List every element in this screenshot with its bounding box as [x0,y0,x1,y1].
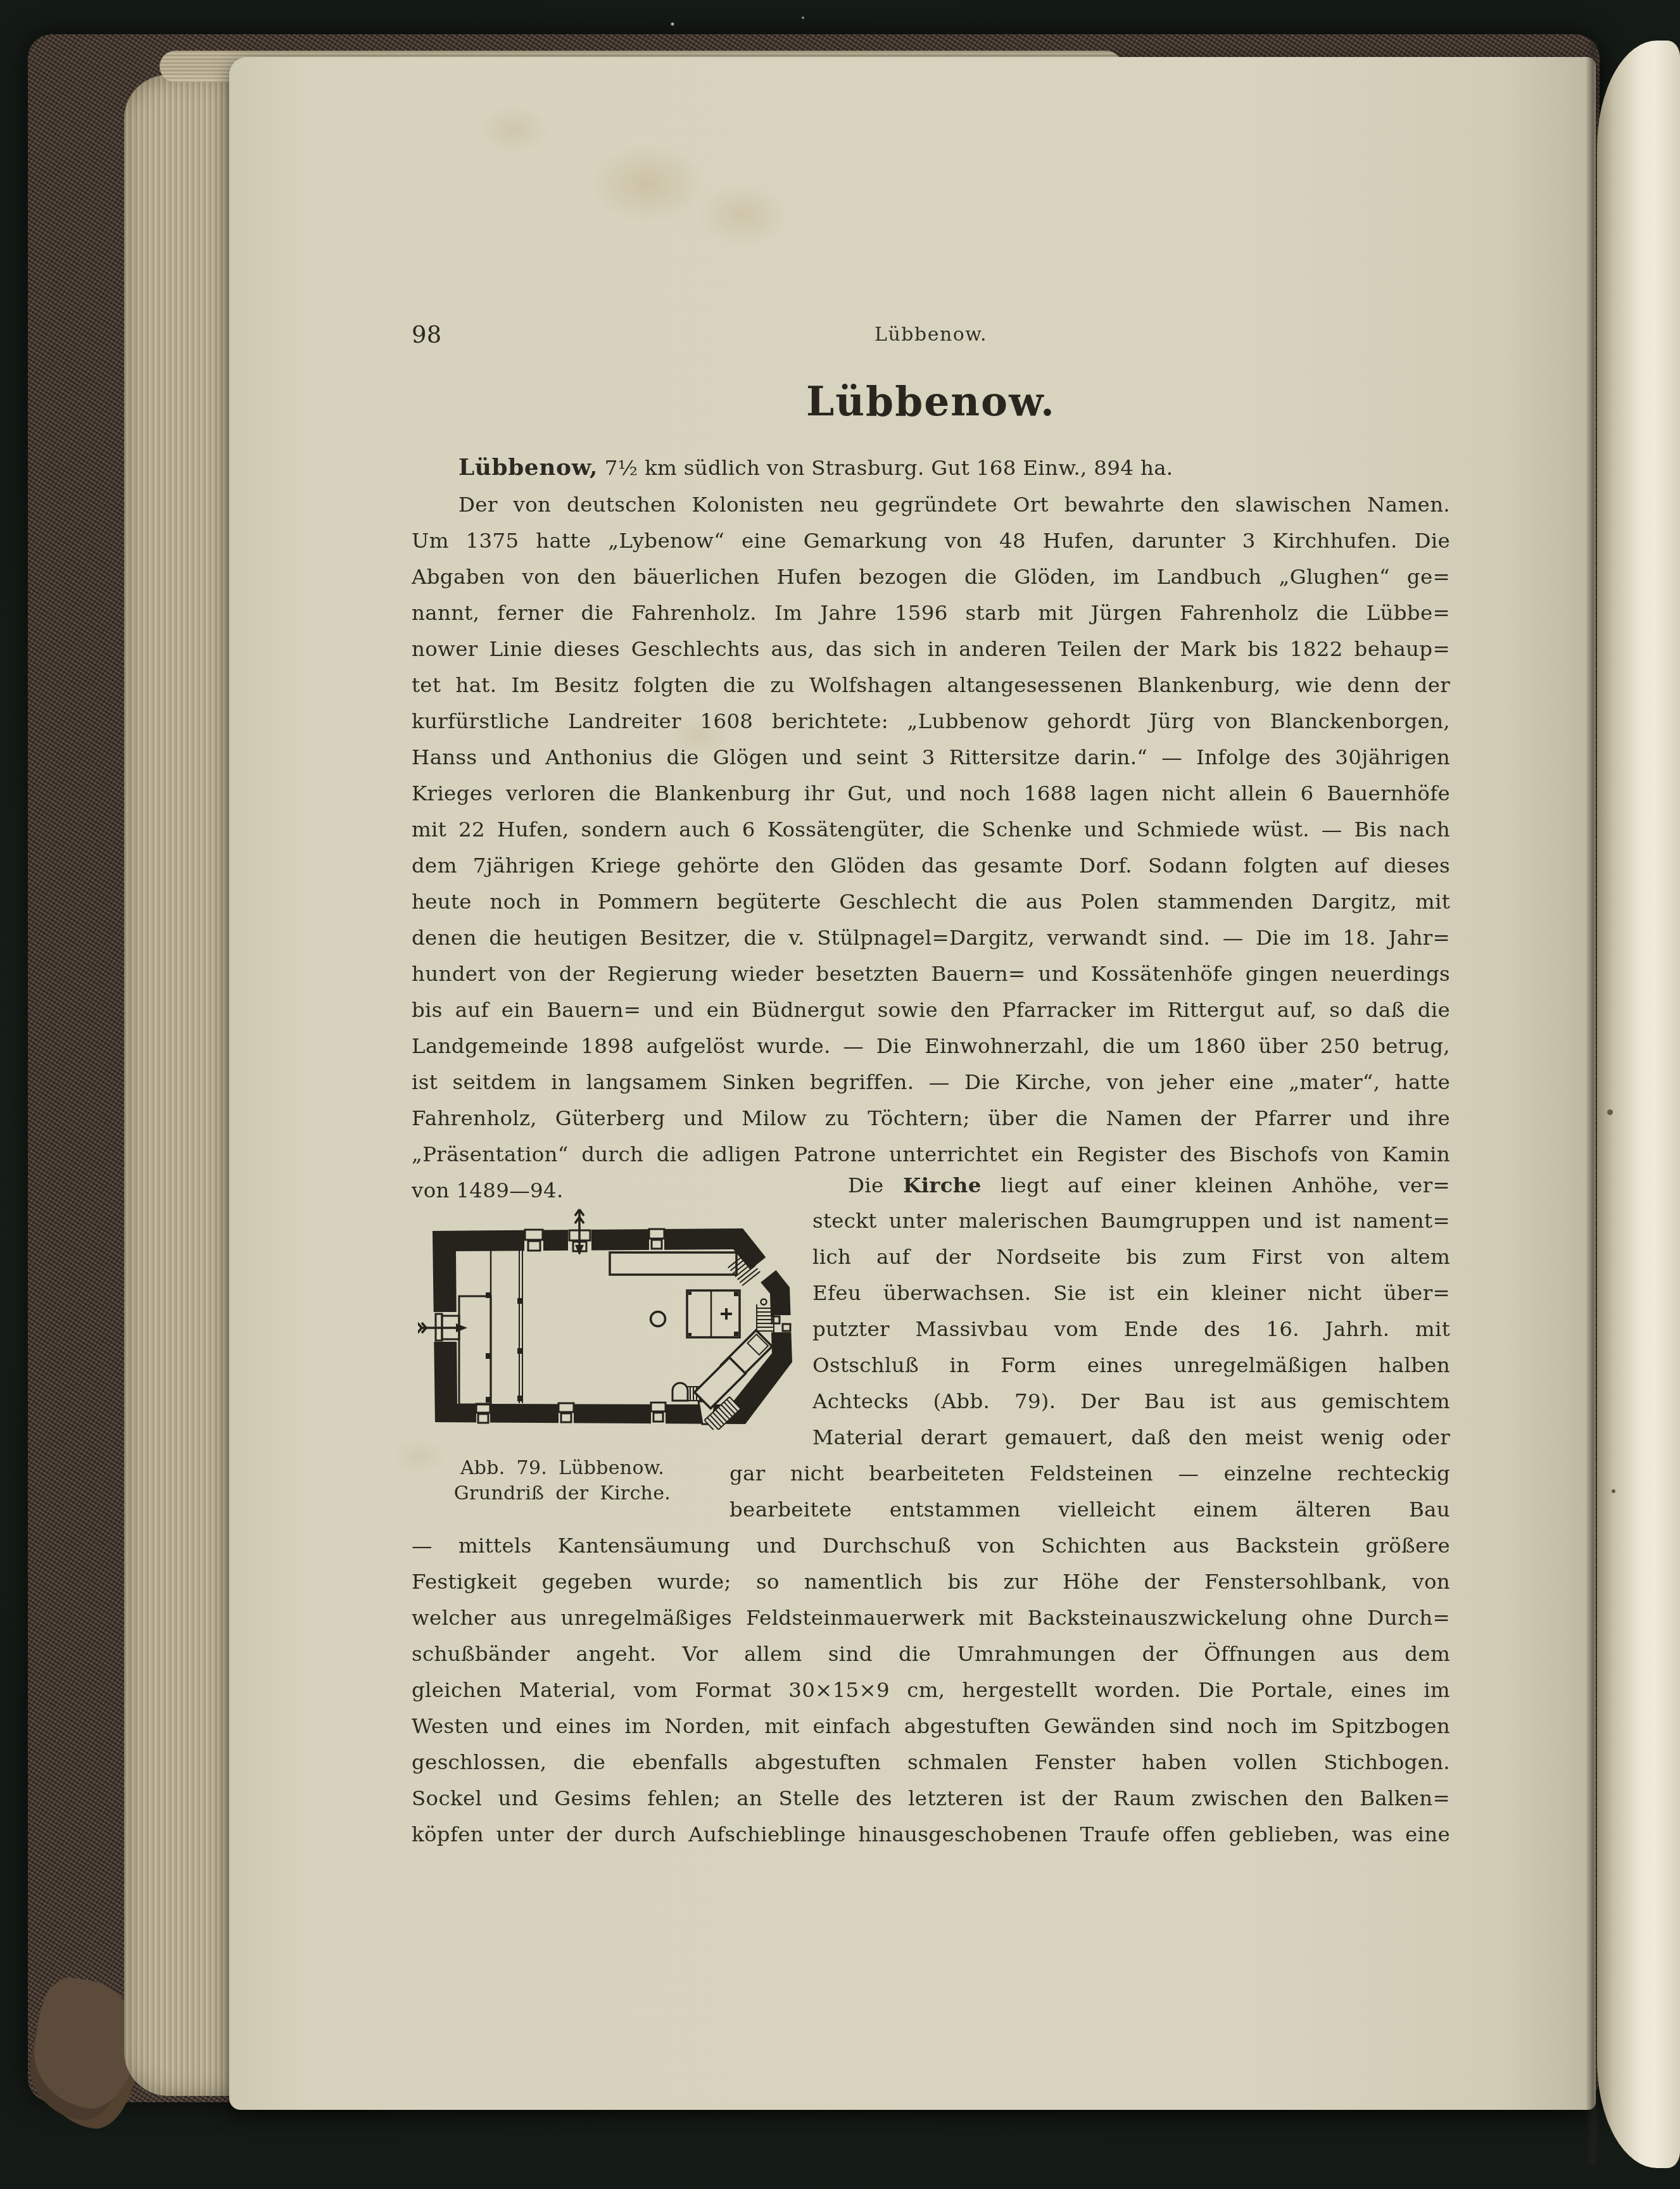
north-gallery [610,1252,736,1275]
text-line: denen die heutigen Besitzer, die v. Stül… [412,920,1450,956]
text-line: nannt, ferner die Fahrenholz. Im Jahre 1… [412,595,1450,631]
text-line: Westen und eines im Norden, mit einfach … [412,1708,1450,1744]
text-line: lich auf der Nordseite bis zum First von… [812,1239,1450,1275]
text-line: köpfen unter der durch Aufschieblinge hi… [412,1817,1450,1853]
text-line: steckt unter malerischen Baumgruppen und… [812,1203,1450,1239]
intro-line: Lübbenow, 7½ km südlich von Strasburg. G… [412,450,1450,486]
running-head: Lübbenow. [412,317,1450,353]
text-line: Material derart gemauert, daß den meist … [812,1420,1450,1456]
church-keyword-bold: Kirche [903,1173,982,1197]
text-line: dem 7jährigen Kriege gehörte den Glöden … [412,848,1450,884]
text-line: Der von deutschen Kolonisten neu gegründ… [412,487,1450,523]
church-paragraph-full-width: — mittels Kantensäumung und Durchschuß v… [412,1528,1450,1853]
text-line: welcher aus unregelmäßiges Feldsteinmaue… [412,1600,1450,1636]
text-line: bis auf ein Bauern= und ein Büdnergut so… [412,992,1450,1028]
facing-page-edge [1597,41,1680,2168]
church-line-rest: liegt auf einer kleinen Anhöhe, ver= [982,1173,1450,1197]
church-paragraph-column: Die Kirche liegt auf einer kleinen Anhöh… [812,1167,1450,1456]
church-floor-plan-figure [418,1199,798,1430]
photograph-of-open-book: { "book_page": { "page_number": "98", "r… [0,0,1680,2189]
text-line: schußbänder angeht. Vor allem sind die U… [412,1636,1450,1672]
text-line: heute noch in Pommern begüterte Geschlec… [412,884,1450,920]
gutter-shadow [1586,41,1598,2166]
text-line: Sockel und Gesims fehlen; an Stelle des … [412,1781,1450,1817]
ink-spot [1607,1109,1613,1115]
text-line: geschlossen, die ebenfalls abgestuften s… [412,1744,1450,1781]
place-name-lead: Lübbenow, [458,454,598,481]
text-line: mit 22 Hufen, sondern auch 6 Kossätengüt… [412,812,1450,848]
text-line: — mittels Kantensäumung und Durchschuß v… [412,1528,1450,1564]
text-line: Abgaben von den bäuerlichen Hufen bezoge… [412,559,1450,595]
ink-spot [1612,1489,1615,1493]
text-line: gleichen Material, vom Format 30×15×9 cm… [412,1672,1450,1708]
church-column-lines: steckt unter malerischen Baumgruppen und… [812,1203,1450,1456]
text-line: bearbeitete entstammen vielleicht einem … [729,1492,1450,1528]
text-line: kurfürstliche Landreiter 1608 berichtete… [412,703,1450,740]
text-line: gar nicht bearbeiteten Feldsteinen — ein… [729,1456,1450,1492]
baptismal-font [651,1312,666,1327]
text-line: Die Kirche liegt auf einer kleinen Anhöh… [812,1167,1450,1203]
text-line: Fahrenholz, Güterberg und Milow zu Töcht… [412,1101,1450,1137]
text-line: Landgemeinde 1898 aufgelöst wurde. — Die… [412,1028,1450,1064]
text-line: Hanss und Anthonius die Glögen und seint… [412,740,1450,776]
text-line: ist seitdem in langsamem Sinken begriffe… [412,1064,1450,1101]
intro-line-rest: 7½ km südlich von Strasburg. Gut 168 Ein… [598,456,1173,480]
page-stack-fore-edge [124,75,243,2096]
text-line: Um 1375 hatte „Lybenow“ eine Gemarkung v… [412,523,1450,559]
text-line: tet hat. Im Besitz folgten die zu Wolfsh… [412,667,1450,703]
text-line: Ostschluß in Form eines unregelmäßigen h… [812,1347,1450,1384]
text-line: Krieges verloren die Blankenburg ihr Gut… [412,776,1450,812]
church-line-pre: Die [848,1173,903,1197]
page-title: Lübbenow. [412,375,1450,428]
history-paragraph: Der von deutschen Kolonisten neu gegründ… [412,487,1450,1173]
text-line: Festigkeit gegeben wurde; so namentlich … [412,1564,1450,1600]
text-line: nower Linie dieses Geschlechts aus, das … [412,631,1450,667]
west-pews-and-screen [459,1251,523,1404]
text-line: Achtecks (Abb. 79). Der Bau ist aus gemi… [812,1384,1450,1420]
text-line: Efeu überwachsen. Sie ist ein kleiner ni… [812,1275,1450,1311]
figure-caption: Abb. 79. Lübbenow. Grundriß der Kirche. [413,1456,712,1506]
altar [687,1290,740,1337]
text-line: putzter Massivbau vom Ende des 16. Jahrh… [812,1311,1450,1347]
text-line: hundert von der Regierung wieder besetzt… [412,956,1450,992]
church-paragraph-wide-column: gar nicht bearbeiteten Feldsteinen — ein… [729,1456,1450,1528]
